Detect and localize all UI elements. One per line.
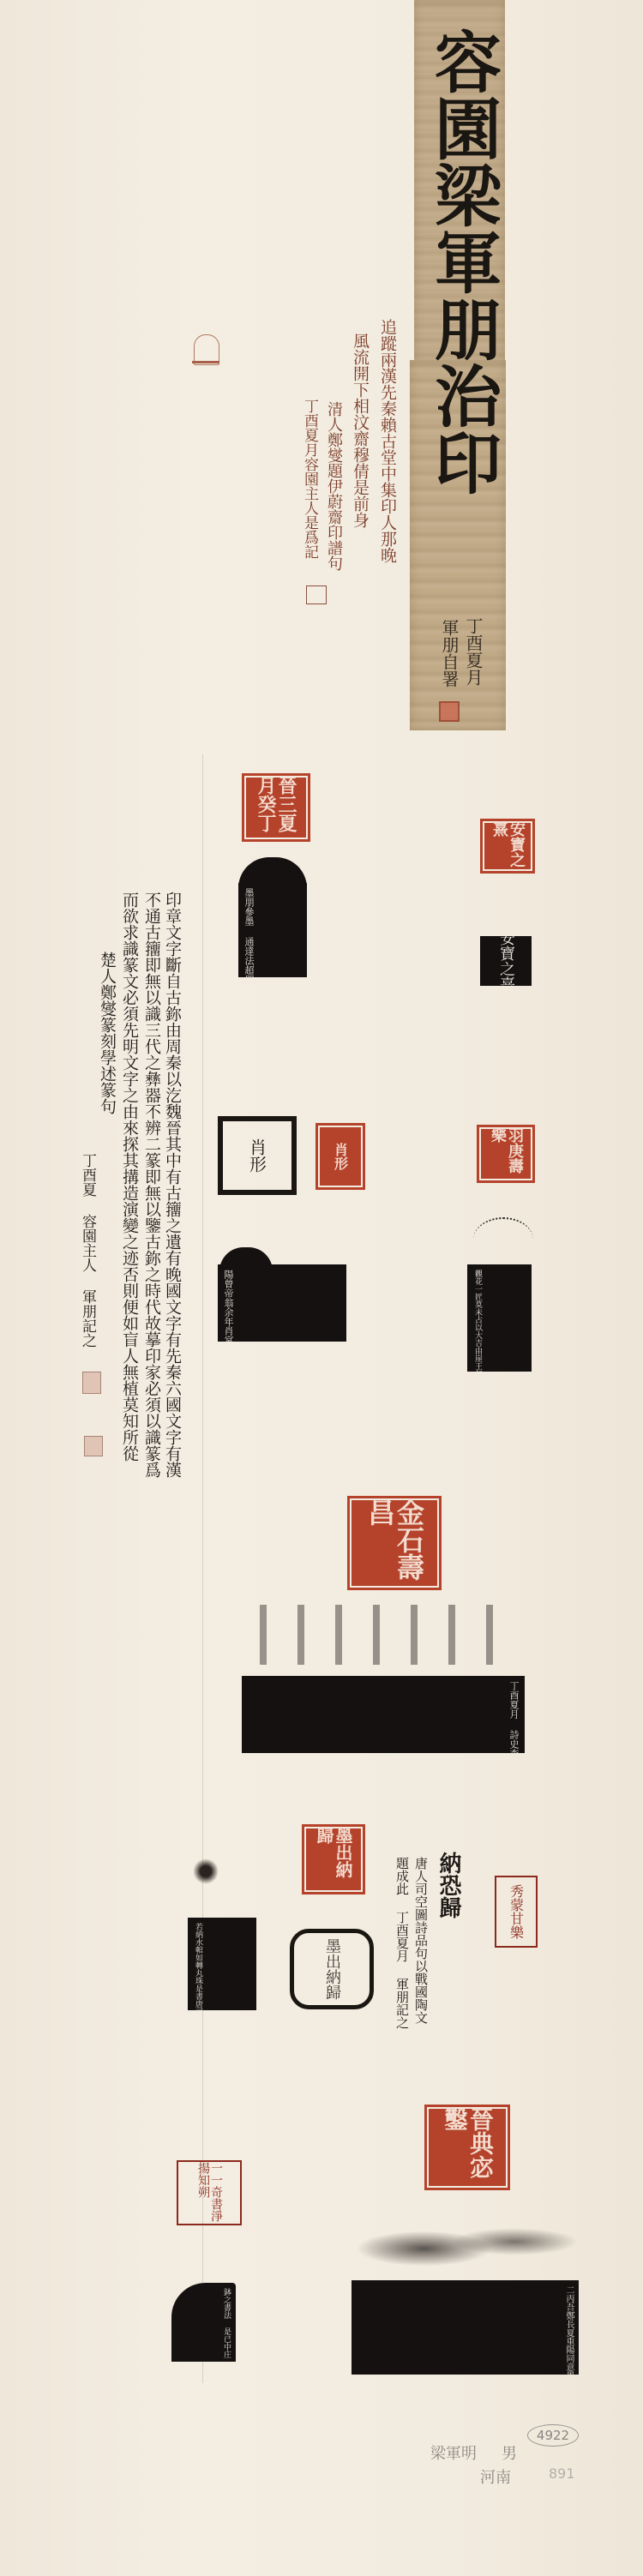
seal-text: 秀蒙甘樂 (507, 1884, 526, 1939)
red-seal-cluster2-right: 羽庚壽樂 (477, 1125, 535, 1183)
rubbing-text: 鉢之書法 是已中庄 墨 靜之 丁酉 軍 朋 (216, 2283, 236, 2362)
red-seal-cluster4: 墨出納歸 (302, 1824, 365, 1894)
seal-text: 金石壽昌 (365, 1498, 424, 1588)
outline-round-seal-cluster4: 墨出納歸 (290, 1929, 374, 2009)
rubbing-frieze-cluster5 (356, 2207, 583, 2276)
pencil-note-gender: 男 (502, 2441, 517, 2464)
poem-column-1: 追蹤兩漢先秦賴古堂中集印人那晚 (377, 319, 398, 563)
seal-text: 肖形 (331, 1143, 351, 1170)
inscription-cluster4-col2: 題成此 丁酉夏月 軍朋記之 (394, 1857, 410, 2029)
poem-small-seal (306, 585, 327, 604)
calligraphy-title-cluster4: 納恐歸 (436, 1852, 461, 1918)
rubbing-text: 二丙吾鄭長夏重陽同意墨 丁酉夏月軍朋 (558, 2280, 579, 2375)
rubbing-text: 墨朋參墨 通達法超朋 丁酉夏月 鎮此墨梁 (238, 883, 260, 977)
poem-column-3: 清人鄭燮題伊蔚齋印譜句 (324, 401, 343, 571)
seal-text: 羽庚壽樂 (489, 1127, 523, 1180)
outline-seal-cluster4-right: 秀蒙甘樂 (495, 1876, 538, 1948)
title-signature-name: 軍朋自署 (439, 619, 460, 688)
poem-column-2: 風流開下相汶齋穆倩是前身 (350, 333, 370, 528)
rubbing-text: 觀花一匠莫未占以大吉由崖王氣霆海以征天墨浪渡海山塔笛真守弦墨萬象在旁嶺招三夜後引… (467, 1264, 487, 1372)
ink-rubbing-cluster2: 陽曾帝翁余年肖宮霸貝南 虞丙歸丁 (218, 1264, 346, 1342)
seal-text: 晉三夏月癸丁 (255, 776, 297, 839)
outline-seal-cluster5-left: 一一奇書淨揚知朔 (177, 2160, 242, 2225)
ink-rubbing-cluster4: 若納水輨如轉丸珠是書唐司空圖詩品句墨其甚得天機戲墨任筆歸兩其得付與頃之數是之謂矣… (188, 1918, 256, 2010)
ink-seal-cluster1-right: 安寶之熹 (480, 936, 532, 986)
pencil-note-province: 河南 (480, 2465, 511, 2488)
red-seal-cluster3: 金石壽昌 (347, 1496, 442, 1590)
poem-column-4: 丁酉夏月容園主人是爲記 (300, 399, 318, 559)
essay-column-1: 印章文字斷自古鉨由周秦以汔魏晉其中有古籒之遺有晚國文字有先秦六國文字有漢 (163, 892, 182, 1478)
title-seal-small (439, 701, 460, 722)
title-signature-date: 丁酉夏月 (463, 617, 484, 686)
seal-text: 墨出納歸 (315, 1827, 352, 1892)
rubbing-text: 丁酉夏月 詩史李清照 詞 萬首詩 墨氣 軍朋 (503, 1676, 525, 1753)
seal-text: 安寶之熹 (492, 936, 520, 986)
rubbing-text: 若納水輨如轉丸珠是書唐司空圖詩品句墨其甚得天機戲墨任筆歸兩其得付與頃之數是之謂矣… (188, 1918, 207, 2010)
red-seal-cluster1-right: 安寶之熹 (480, 819, 535, 874)
seal-text: 肖形 (245, 1138, 270, 1173)
pencil-note-name: 梁軍明 (430, 2441, 477, 2464)
essay-column-3: 而欲求識篆文必須先明文字之由來探其搆造演變之迹否則便如盲人無植莫知所從 (120, 892, 139, 1462)
essay-column-2: 不通古籒即無以識三代之彝器不辨二篆即無以鑒古鉨之時代故摹印家必須以識篆爲 (142, 892, 161, 1478)
pencil-note-circled-number: 4922 (527, 2424, 579, 2447)
seal-text: 安寶之熹 (490, 821, 525, 871)
essay-column-5: 丁酉夏 容園主人 軍朋記之 (79, 1153, 96, 1348)
essay-seal-1 (82, 1372, 101, 1394)
outline-seal-cluster2: 肖形 (218, 1116, 297, 1195)
rubbing-text: 陽曾帝翁余年肖宮霸貝南 虞丙歸丁 (218, 1264, 239, 1342)
inscription-cluster4-col1: 唐人司空圖詩品句以戰國陶文 (413, 1857, 429, 2024)
red-seal-cluster2: 肖形 (315, 1123, 365, 1190)
mount-edge-line (202, 754, 203, 2383)
ink-rubbing-cluster5-left: 鉢之書法 是已中庄 墨 靜之 丁酉 軍 朋 (171, 2283, 236, 2362)
ink-rubbing-cluster3: 丁酉夏月 詩史李清照 詞 萬首詩 墨氣 軍朋 (242, 1676, 525, 1753)
essay-seal-2 (84, 1436, 103, 1456)
ink-rubbing-cluster2-right: 觀花一匠莫未占以大吉由崖王氣霆海以征天墨浪渡海山塔笛真守弦墨萬象在旁嶺招三夜後引… (467, 1264, 532, 1372)
seal-text: 一一奇書淨揚知朔 (196, 2162, 222, 2224)
red-seal-cluster1-top: 晉三夏月癸丁 (242, 773, 310, 842)
ink-rubbing-cluster5-large: 二丙吾鄭長夏重陽同意墨 丁酉夏月軍朋 (352, 2280, 579, 2375)
artwork-title: 容園梁軍朋治印 (418, 27, 504, 495)
ink-rubbing-cluster1: 墨朋參墨 通達法超朋 丁酉夏月 鎮此墨梁 (238, 883, 307, 977)
rubbing-frieze-cluster3 (244, 1605, 523, 1665)
essay-column-4: 楚人鄭燮篆刻學述篆句 (98, 952, 117, 1114)
rubbing-animal-ornament (193, 1858, 219, 1884)
red-seal-cluster5-top: 晉典宓鑿 (424, 2105, 510, 2190)
figure-base (192, 361, 219, 363)
seal-text: 晉典宓鑿 (442, 2107, 493, 2188)
seal-text: 墨出納歸 (321, 1938, 343, 2000)
pencil-note-number: 891 (549, 2465, 575, 2482)
rubbing-ornament-cluster2-right (473, 1217, 533, 1262)
